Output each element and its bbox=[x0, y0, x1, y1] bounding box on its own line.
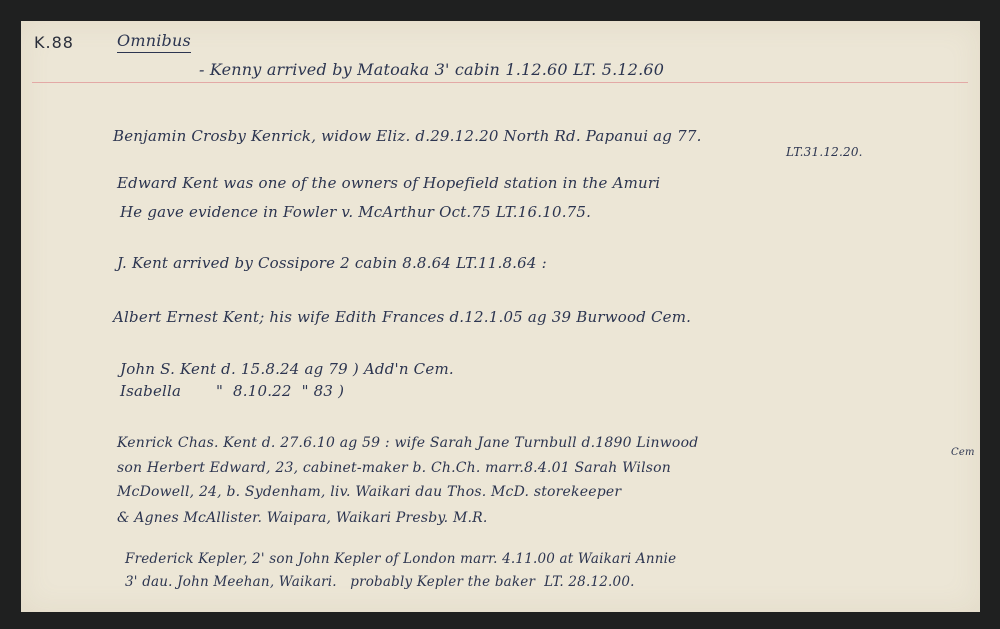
card-heading: Omnibus bbox=[117, 31, 191, 53]
entry-5-line-1: John S. Kent d. 15.8.24 ag 79 ) Add'n Ce… bbox=[120, 360, 454, 378]
entry-6-line-1: Kenrick Chas. Kent d. 27.6.10 ag 59 : wi… bbox=[117, 435, 698, 451]
entry-7-line-1: Frederick Kepler, 2' son John Kepler of … bbox=[125, 551, 676, 567]
entry-2-line-2: He gave evidence in Fowler v. McArthur O… bbox=[120, 203, 591, 221]
entry-6-margin-note: Cem bbox=[951, 447, 975, 458]
entry-4-line-1: Albert Ernest Kent; his wife Edith Franc… bbox=[113, 308, 691, 326]
entry-1-line-1: Benjamin Crosby Kenrick, widow Eliz. d.2… bbox=[113, 127, 702, 145]
index-card: K.88 Omnibus - Kenny arrived by Matoaka … bbox=[21, 21, 980, 612]
entry-6-line-4: & Agnes McAllister. Waipara, Waikari Pre… bbox=[117, 510, 488, 526]
card-reference: K.88 bbox=[34, 33, 74, 52]
entry-6-line-3: McDowell, 24, b. Sydenham, liv. Waikari … bbox=[117, 484, 621, 500]
entry-3-line-1: J. Kent arrived by Cossipore 2 cabin 8.8… bbox=[117, 254, 547, 272]
entry-6-line-2: son Herbert Edward, 23, cabinet-maker b.… bbox=[117, 460, 671, 476]
header-rule-line bbox=[32, 82, 968, 83]
entry-5-line-2: Isabella " 8.10.22 " 83 ) bbox=[120, 382, 344, 400]
entry-1-line-2: LT.31.12.20. bbox=[786, 145, 863, 159]
entry-7-line-2: 3' dau. John Meehan, Waikari. probably K… bbox=[125, 574, 635, 590]
entry-2-line-1: Edward Kent was one of the owners of Hop… bbox=[117, 174, 660, 192]
header-note: - Kenny arrived by Matoaka 3' cabin 1.12… bbox=[199, 60, 664, 79]
